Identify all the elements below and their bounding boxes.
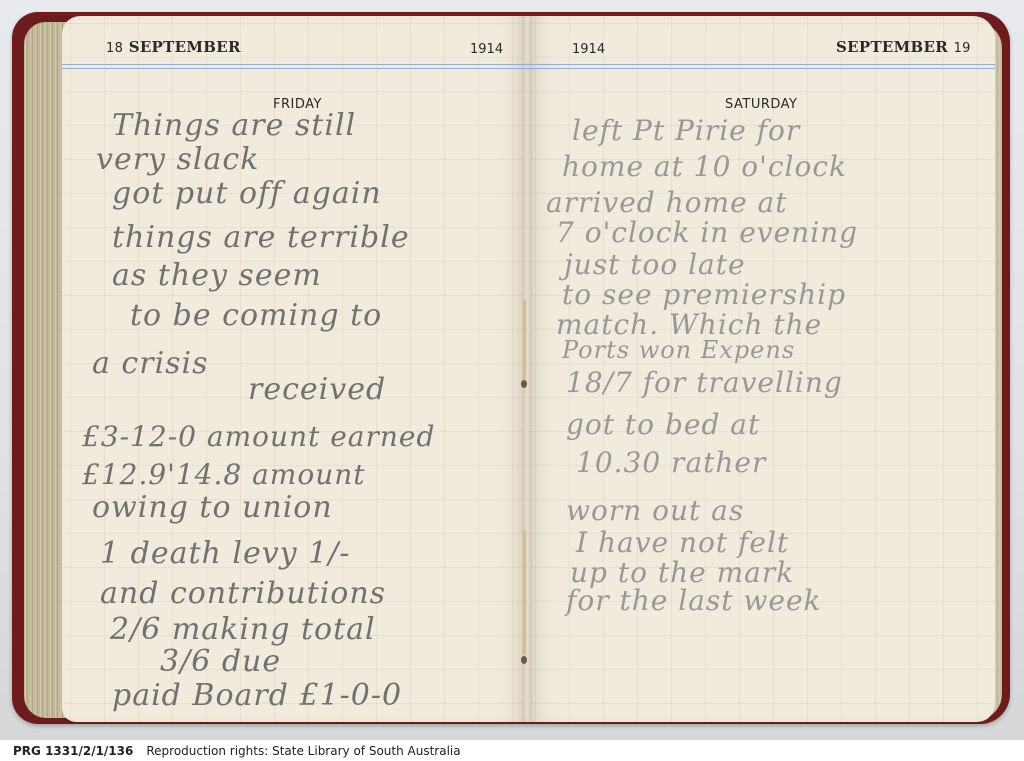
- handwritten-line: £12.9'14.8 amount: [82, 458, 366, 491]
- handwritten-line: and contributions: [100, 576, 386, 611]
- right-date-month: SEPTEMBER: [836, 38, 948, 56]
- left-page-date: 18 SEPTEMBER: [106, 38, 241, 56]
- handwritten-line: home at 10 o'clock: [562, 150, 847, 183]
- right-date-day: 19: [954, 41, 971, 56]
- handwritten-line: got to bed at: [566, 408, 760, 441]
- handwritten-line: received: [248, 372, 386, 407]
- handwritten-line: 3/6 due: [160, 644, 281, 679]
- handwritten-line: I have not felt: [576, 526, 789, 559]
- right-page-date: SEPTEMBER 19: [836, 38, 971, 56]
- handwritten-line: left Pt Pirie for: [572, 114, 800, 147]
- handwritten-line: 1 death levy 1/-: [100, 536, 351, 571]
- handwritten-line: just too late: [564, 248, 746, 281]
- handwritten-line: Ports won Expens: [562, 336, 795, 364]
- handwritten-line: paid Board £1-0-0: [112, 678, 402, 713]
- handwritten-line: arrived home at: [546, 186, 788, 219]
- right-page-year: 1914: [572, 42, 605, 57]
- handwritten-line: owing to union: [92, 490, 333, 525]
- header-rule-top: [62, 64, 995, 65]
- left-date-day: 18: [106, 41, 123, 56]
- handwritten-line: for the last week: [566, 584, 822, 617]
- binding-thread: [523, 300, 526, 380]
- handwritten-line: 7 o'clock in evening: [556, 216, 858, 249]
- handwritten-line: things are terrible: [112, 220, 410, 255]
- handwritten-line: to be coming to: [130, 298, 382, 333]
- binding-hole: [521, 656, 527, 664]
- handwritten-line: 2/6 making total: [110, 612, 376, 647]
- left-page-year: 1914: [470, 42, 503, 57]
- caption-bar: PRG 1331/2/1/136 Reproduction rights: St…: [0, 740, 1024, 761]
- handwritten-line: very slack: [96, 142, 259, 177]
- reproduction-rights: Reproduction rights: State Library of So…: [146, 744, 460, 758]
- handwritten-line: worn out as: [566, 494, 744, 527]
- handwritten-line: as they seem: [112, 258, 322, 293]
- handwritten-line: 18/7 for travelling: [566, 366, 843, 399]
- handwritten-line: Things are still: [112, 108, 356, 143]
- handwritten-line: £3-12-0 amount earned: [82, 420, 435, 453]
- left-date-month: SEPTEMBER: [129, 38, 241, 56]
- binding-hole: [521, 380, 527, 388]
- binding-thread: [523, 530, 526, 655]
- record-reference: PRG 1331/2/1/136: [13, 744, 133, 758]
- header-rule-bottom: [62, 68, 995, 69]
- handwritten-line: got put off again: [112, 176, 382, 211]
- handwritten-line: 10.30 rather: [576, 446, 766, 479]
- right-weekday: SATURDAY: [725, 97, 797, 112]
- handwritten-line: a crisis: [92, 346, 209, 381]
- handwritten-line: to see premiership: [562, 278, 846, 311]
